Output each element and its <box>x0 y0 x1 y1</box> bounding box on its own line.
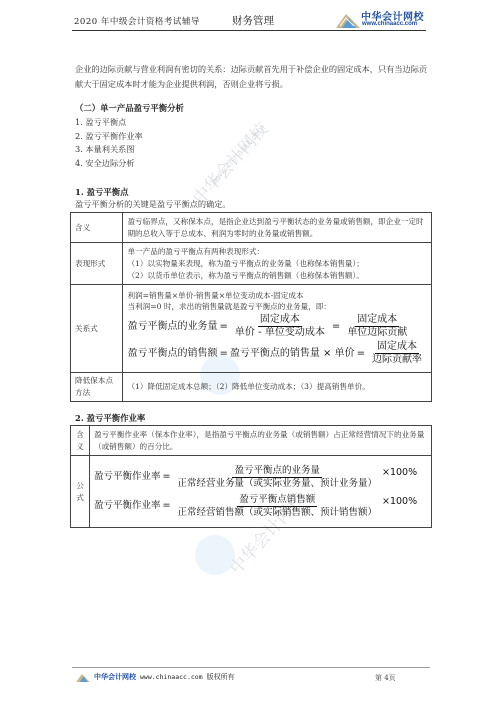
equals-sign: = <box>163 471 171 483</box>
formula-breakeven-sales: 盈亏平衡点的销售额 = 盈亏平衡点的销售量 × 单价 = 固定成本 边际贡献率 <box>127 341 427 366</box>
page-number: 第 4页 <box>375 673 396 683</box>
logo-mountain-icon <box>336 12 360 28</box>
section-outline: 1. 盈亏平衡点 2. 盈亏平衡作业率 3. 本量利关系图 4. 安全边际分析 <box>75 116 143 170</box>
cell-relation-label: 关系式 <box>71 285 123 373</box>
form-line: （1）以实物量来表现，称为盈亏平衡点的业务量（也称保本销售量）； <box>127 258 427 270</box>
denominator: 正常经营业务量（或实际业务量、预计业务量） <box>175 478 379 490</box>
equals-sign: = <box>357 348 365 360</box>
fraction: 固定成本 边际贡献率 <box>370 341 424 366</box>
cell-meaning-label: 含义 <box>71 426 90 456</box>
outline-item: 4. 安全边际分析 <box>75 157 143 171</box>
form-line: 单一产品的盈亏平衡点有两种表现形式： <box>127 246 427 258</box>
part1-title: 1. 盈亏平衡点 <box>75 186 129 198</box>
footer-brand-name: 中华会计网校 <box>94 672 136 682</box>
formula-rate-sales: 盈亏平衡作业率 = 盈亏平衡点销售额 正常经营销售额（或实际销售额、预计销售额）… <box>94 494 427 519</box>
fraction: 固定成本 单价 - 单位变动成本 <box>233 314 327 339</box>
outline-item: 2. 盈亏平衡作业率 <box>75 130 143 144</box>
cell-meaning-text: 盈亏临界点，又称保本点，是指企业达到盈亏平衡状态的业务量或销售额，即企业一定时期… <box>123 213 432 243</box>
relation-line: 利润=销售量×单价-销售量×单位变动成本-固定成本 <box>127 290 427 301</box>
logo-mountain-icon <box>76 673 90 682</box>
denominator: 正常经营销售额（或实际销售额、预计销售额） <box>175 507 379 519</box>
cell-method-text: （1）降低固定成本总额；（2）降低单位变动成本；（3）提高销售单价。 <box>123 373 432 402</box>
part2-title: 2. 盈亏平衡作业率 <box>75 412 145 424</box>
numerator: 固定成本 <box>355 314 399 327</box>
percent-multiplier: ×100% <box>382 467 417 479</box>
brand-logo: 中华会计网校 www.chinaacc.com <box>336 6 428 30</box>
cell-meaning-label: 含义 <box>71 213 123 243</box>
cell-meaning-text: 盈亏平衡作业率（保本作业率），是指盈亏平衡点的业务量（或销售额）占正常经营情况下… <box>90 426 432 456</box>
formula-middle: 盈亏平衡点的销售量 × 单价 <box>230 348 355 360</box>
numerator: 盈亏平衡点的业务量 <box>232 465 322 478</box>
form-line: （2）以货币单位表示，称为盈亏平衡点的销售额（也称保本销售额）。 <box>127 270 427 282</box>
fraction: 盈亏平衡点的业务量 正常经营业务量（或实际业务量、预计业务量） <box>175 465 379 490</box>
formula-breakeven-quantity: 盈亏平衡点的业务量 = 固定成本 单价 - 单位变动成本 = 固定成本 单位边际… <box>127 314 427 339</box>
header-course: 2020 年中级会计资格考试辅导 <box>74 15 200 27</box>
fraction: 固定成本 单位边际贡献 <box>345 314 409 339</box>
breakeven-point-table: 含义 盈亏临界点，又称保本点，是指企业达到盈亏平衡状态的业务量或销售额，即企业一… <box>70 212 432 402</box>
breakeven-rate-table: 含义 盈亏平衡作业率（保本作业率），是指盈亏平衡点的业务量（或销售额）占正常经营… <box>70 425 432 528</box>
section-title: （二）单一产品盈亏平衡分析 <box>75 102 184 114</box>
formula-rate-quantity: 盈亏平衡作业率 = 盈亏平衡点的业务量 正常经营业务量（或实际业务量、预计业务量… <box>94 465 427 490</box>
cell-formula-content: 盈亏平衡作业率 = 盈亏平衡点的业务量 正常经营业务量（或实际业务量、预计业务量… <box>90 456 432 528</box>
denominator: 边际贡献率 <box>370 354 424 366</box>
watermark-url: www.chinaacc.com <box>209 123 267 186</box>
watermark-text: 中华会计网校 <box>186 116 273 209</box>
formula-lhs: 盈亏平衡点的销售额 <box>127 348 217 360</box>
formula-lhs: 盈亏平衡点的业务量 <box>127 321 217 333</box>
percent-multiplier: ×100% <box>382 496 417 508</box>
part1-intro: 盈亏平衡分析的关键是盈亏平衡点的确定。 <box>75 199 231 210</box>
relation-line: 当利润=0 时，求出的销售量就是盈亏平衡点的业务量，即： <box>127 301 427 312</box>
numerator: 盈亏平衡点销售额 <box>237 494 317 507</box>
denominator: 单价 - 单位变动成本 <box>233 327 327 339</box>
footer-url: www.chinaacc.com <box>140 673 203 681</box>
formula-lhs: 盈亏平衡作业率 <box>94 471 161 483</box>
denominator: 单位边际贡献 <box>345 327 409 339</box>
footer-rights: 版权所有 <box>207 672 235 682</box>
equals-sign: = <box>219 348 227 360</box>
cell-method-label: 降低保本点方法 <box>71 373 123 402</box>
equals-sign: = <box>332 321 340 333</box>
cell-relation-content: 利润=销售量×单价-销售量×单位变动成本-固定成本 当利润=0 时，求出的销售量… <box>123 285 432 373</box>
numerator: 固定成本 <box>258 314 302 327</box>
cell-formula-label: 公式 <box>71 456 90 528</box>
fraction: 盈亏平衡点销售额 正常经营销售额（或实际销售额、预计销售额） <box>175 494 379 519</box>
logo-url: www.chinaacc.com <box>362 21 417 27</box>
numerator: 固定成本 <box>375 341 419 354</box>
page-header: 2020 年中级会计资格考试辅导 财务管理 中华会计网校 www.chinaac… <box>72 8 426 31</box>
outline-item: 1. 盈亏平衡点 <box>75 116 143 130</box>
equals-sign: = <box>219 321 227 333</box>
formula-lhs: 盈亏平衡作业率 <box>94 500 161 512</box>
cell-form-label: 表现形式 <box>71 243 123 285</box>
equals-sign: = <box>163 500 171 512</box>
watermark-logo-2 <box>195 535 235 575</box>
footer-brand: 中华会计网校 www.chinaacc.com 版权所有 <box>76 672 235 682</box>
outline-item: 3. 本量利关系图 <box>75 143 143 157</box>
footer-divider <box>72 667 430 668</box>
intro-paragraph: 企业的边际贡献与营业利润有密切的关系：边际贡献首先用于补偿企业的固定成本，只有当… <box>75 62 430 92</box>
header-subject: 财务管理 <box>232 13 274 28</box>
cell-form-text: 单一产品的盈亏平衡点有两种表现形式： （1）以实物量来表现，称为盈亏平衡点的业务… <box>123 243 432 285</box>
